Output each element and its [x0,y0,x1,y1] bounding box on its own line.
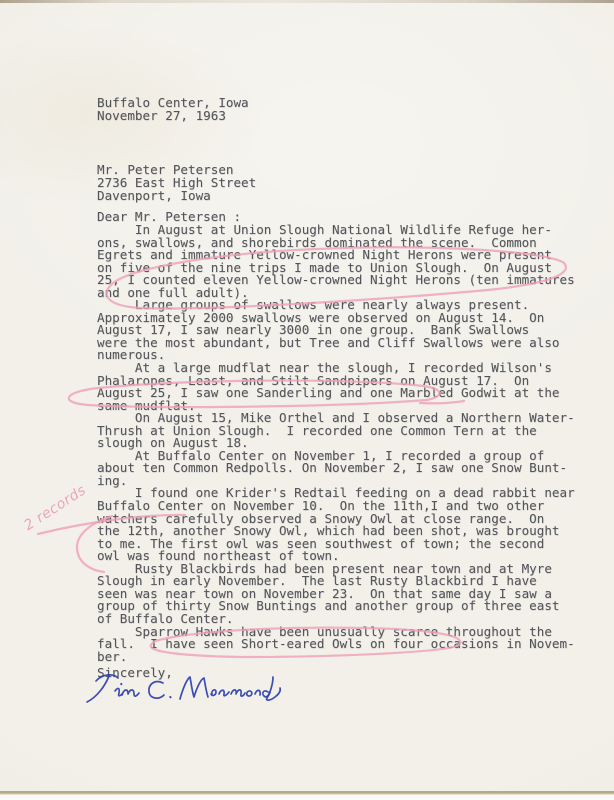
margin-note-2-records: 2 records [21,482,89,534]
recipient-address: Mr. Peter Petersen 2736 East High Street… [97,163,256,202]
letter-page: Buffalo Center, Iowa November 27, 1963 M… [0,0,614,800]
letter-body: In August at Union Slough National Wildl… [97,224,575,663]
scan-bottom-edge [0,791,614,800]
dateline: Buffalo Center, Iowa November 27, 1963 [97,96,249,122]
signature-tim-moermond [84,670,294,714]
scan-top-edge [0,0,614,3]
